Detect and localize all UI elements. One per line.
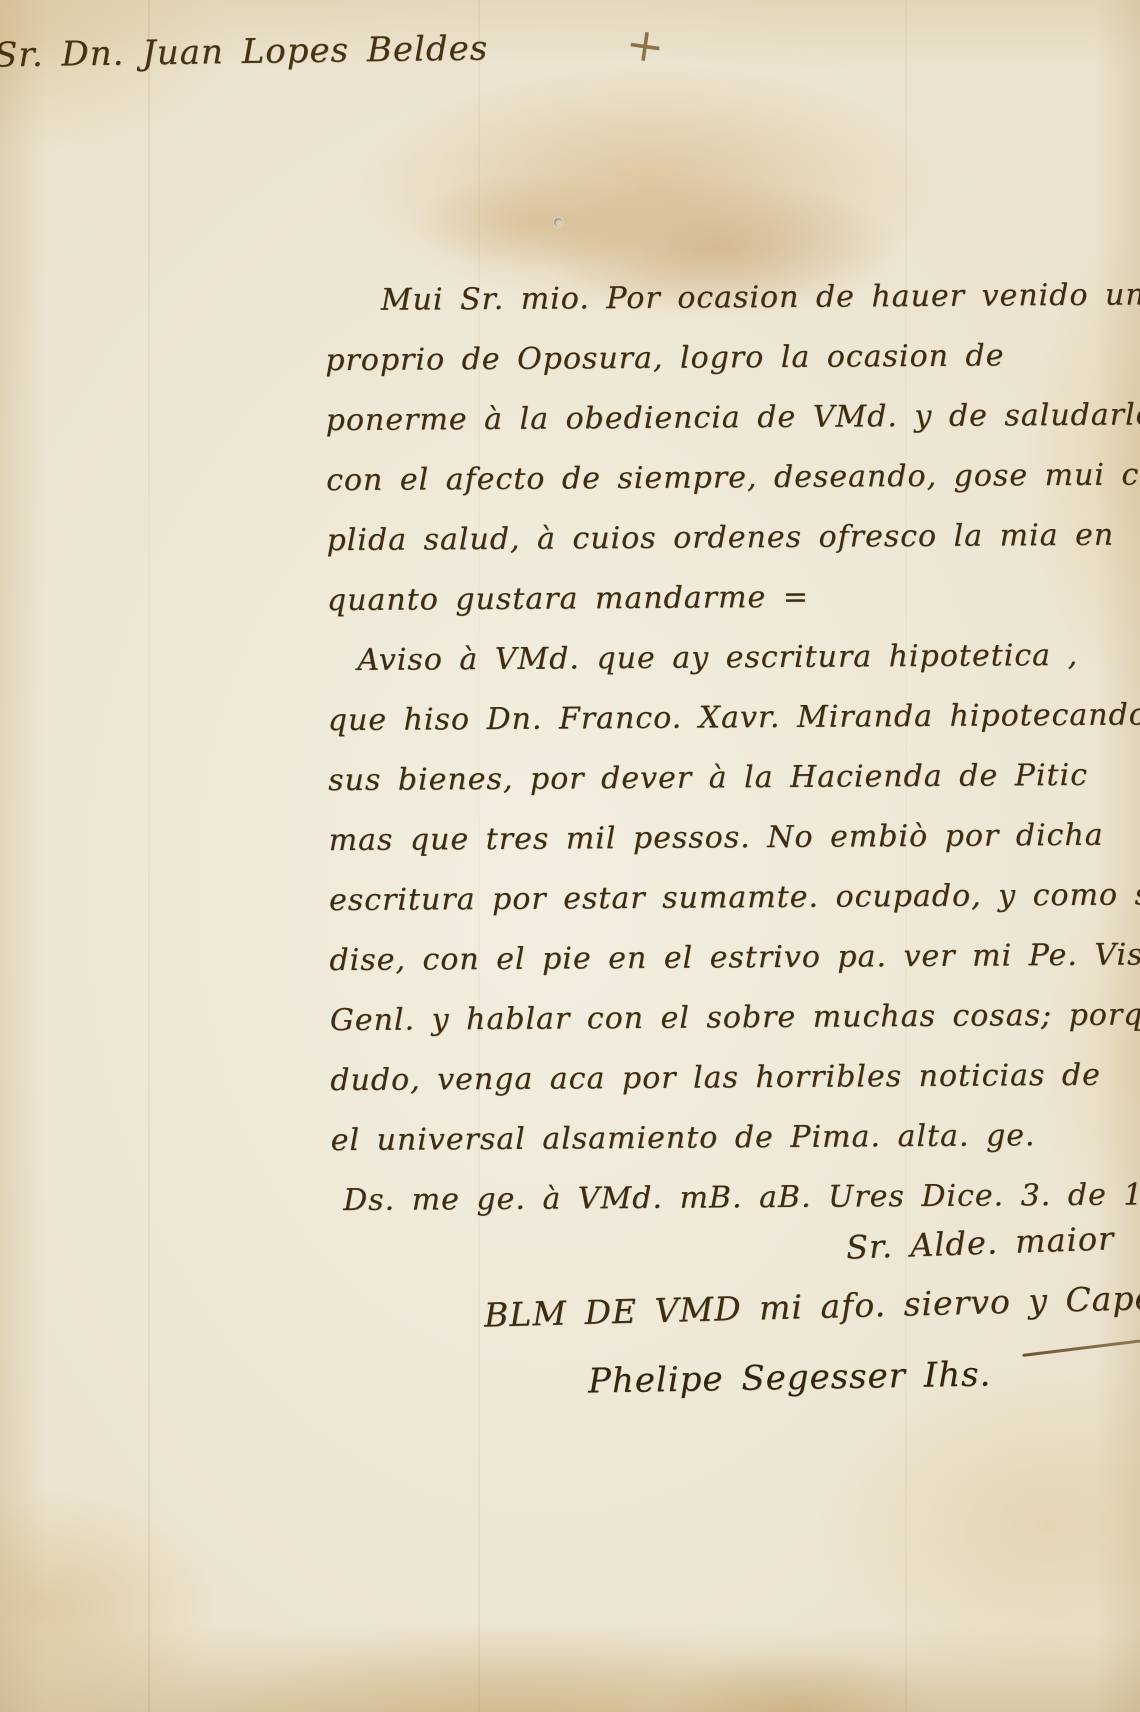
pinhole: [554, 218, 563, 227]
manuscript-line: con el afecto de siempre, deseando, gose…: [326, 445, 1140, 511]
addressee-line: Sr. Dn. Juan Lopes Beldes: [0, 29, 488, 76]
manuscript-line: proprio de Oposura, logro la ocasion de: [325, 325, 1140, 391]
manuscript-line: plida salud, à cuios ordenes ofresco la …: [326, 505, 1140, 571]
manuscript-line: Mui Sr. mio. Por ocasion de hauer venido…: [381, 265, 1140, 331]
paper-crease: [148, 0, 150, 1712]
signature: Phelipe Segesser Ihs.: [588, 1354, 992, 1401]
manuscript-line: Aviso à VMd. que ay escritura hipotetica…: [357, 625, 1140, 691]
manuscript-line: mas que tres mil pessos. No embiò por di…: [328, 805, 1140, 871]
closing-addressee-title: Sr. Alde. maior: [845, 1219, 1115, 1266]
signature-flourish: [1022, 1338, 1140, 1357]
manuscript-line: sus bienes, por dever à la Hacienda de P…: [328, 745, 1140, 811]
manuscript-line: el universal alsamiento de Pima. alta. g…: [331, 1105, 1140, 1171]
manuscript-line: Genl. y hablar con el sobre muchas cosas…: [330, 985, 1140, 1051]
manuscript-line: escritura por estar sumamte. ocupado, y …: [329, 865, 1140, 931]
letter-body: Mui Sr. mio. Por ocasion de hauer venido…: [325, 265, 1140, 1231]
manuscript-line: ponerme à la obediencia de VMd. y de sal…: [325, 385, 1140, 451]
manuscript-line: Ds. me ge. à VMd. mB. aB. Ures Dice. 3. …: [343, 1165, 1140, 1231]
closing-salute: BLM DE VMD mi afo. siervo y Capellan: [484, 1276, 1140, 1334]
manuscript-page: Sr. Dn. Juan Lopes Beldes + Mui Sr. mio.…: [0, 0, 1140, 1712]
manuscript-line: dise, con el pie en el estrivo pa. ver m…: [329, 925, 1140, 991]
manuscript-line: que hiso Dn. Franco. Xavr. Miranda hipot…: [328, 685, 1140, 751]
manuscript-line: dudo, venga aca por las horribles notici…: [330, 1045, 1140, 1111]
manuscript-line: quanto gustara mandarme =: [327, 565, 1140, 631]
cross-mark: +: [622, 16, 668, 75]
